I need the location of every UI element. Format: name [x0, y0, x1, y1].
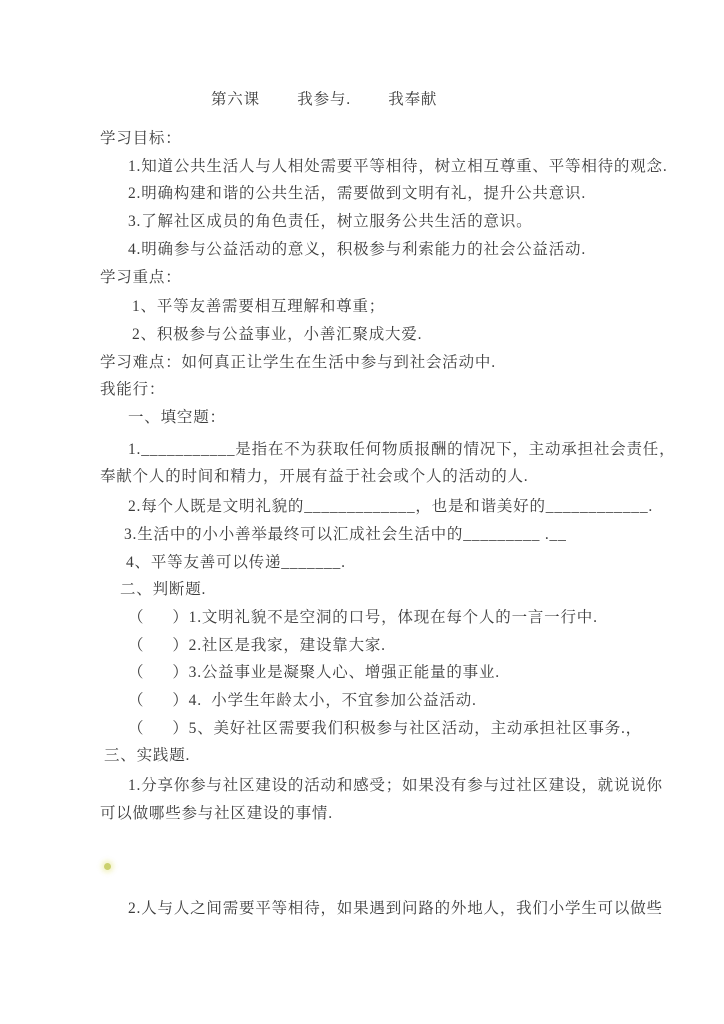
document-line: 学习目标： [100, 125, 660, 153]
document-line: （ ）5、美好社区需要我们积极参与社区活动，主动承担社区事务.， [100, 715, 660, 743]
document-line: 奉献个人的时间和精力，开展有益于社会或个人的活动的人. [100, 463, 660, 491]
document-line: 1、平等友善需要相互理解和尊重； [100, 293, 660, 321]
document-line: 1.分享你参与社区建设的活动和感受；如果没有参与过社区建设，就说说你 [100, 772, 660, 800]
document-line: （ ）1.文明礼貌不是空洞的口号，体现在每个人的一言一行中. [100, 604, 660, 632]
document-content: 第六课 我参与. 我奉献 学习目标：1.知道公共生活人与人相处需要平等相待，树立… [100, 86, 660, 922]
document-line: 学习难点：如何真正让学生在生活中参与到社会活动中. [100, 349, 660, 377]
document-line: （ ）2.社区是我家，建设靠大家. [100, 632, 660, 660]
document-line: 2、积极参与公益事业，小善汇聚成大爱. [100, 321, 660, 349]
document-title: 第六课 我参与. 我奉献 [100, 86, 660, 114]
worksheet-page: 第六课 我参与. 我奉献 学习目标：1.知道公共生活人与人相处需要平等相待，树立… [0, 0, 724, 1024]
document-body: 学习目标：1.知道公共生活人与人相处需要平等相待，树立相互尊重、平等相待的观念.… [100, 125, 660, 922]
document-line: 二、判断题. [100, 576, 660, 604]
document-line: 3.了解社区成员的角色责任，树立服务公共生活的意识。 [100, 208, 660, 236]
document-line: （ ）3.公益事业是凝聚人心、增强正能量的事业. [100, 659, 660, 687]
document-line: 4.明确参与公益活动的意义，积极参与利索能力的社会公益活动. [100, 236, 660, 264]
document-line: 我能行： [100, 376, 660, 404]
document-line: 可以做哪些参与社区建设的事情. [100, 800, 660, 828]
document-line: 一、填空题： [100, 404, 660, 432]
document-line: 4、平等友善可以传递_______. [100, 549, 660, 577]
document-line: 学习重点： [100, 264, 660, 292]
document-line: （ ）4. 小学生年龄太小，不宜参加公益活动. [100, 687, 660, 715]
document-line: 2.人与人之间需要平等相待，如果遇到问路的外地人，我们小学生可以做些 [100, 895, 660, 923]
document-line: 1.___________是指在不为获取任何物质报酬的情况下，主动承担社会责任， [100, 436, 660, 464]
document-line: 三、实践题. [100, 742, 660, 770]
document-line: 2.明确构建和谐的公共生活，需要做到文明有礼，提升公共意识. [100, 180, 660, 208]
scan-artifact-dot [104, 863, 111, 870]
document-line: 1.知道公共生活人与人相处需要平等相待，树立相互尊重、平等相待的观念. [100, 153, 660, 181]
document-line: 2.每个人既是文明礼貌的_____________，也是和谐美好的_______… [100, 493, 660, 521]
document-line: 3.生活中的小小善举最终可以汇成社会生活中的_________ .__ [100, 521, 660, 549]
